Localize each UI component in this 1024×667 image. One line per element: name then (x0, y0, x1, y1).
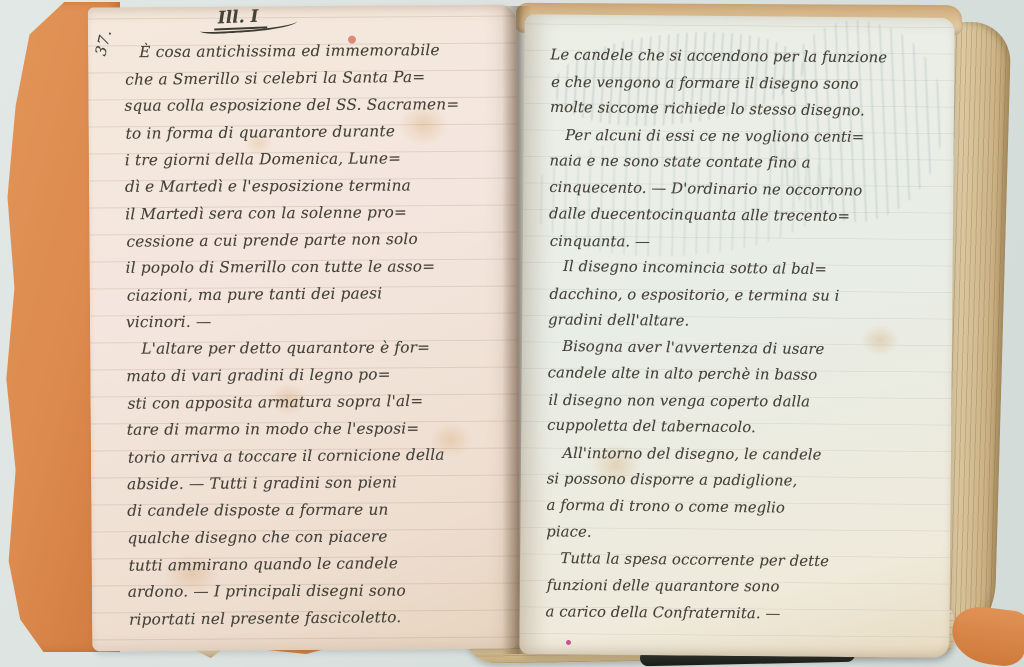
cover-fragment-bottom-right (949, 604, 1024, 667)
handwritten-line: squa colla esposizione del SS. Sacramen= (124, 91, 502, 120)
handwritten-line: cuppoletta del tabernacolo. (547, 413, 935, 444)
handwritten-line: Bisogna aver l'avvertenza di usare (548, 333, 936, 364)
handwritten-line: e che vengono a formare il disegno sono (551, 69, 939, 98)
handwritten-line: mato di vari gradini di legno po= (126, 361, 504, 391)
handwritten-line: Le candele che si accendono per la funzi… (550, 42, 938, 72)
handwritten-line: piace. (546, 519, 934, 549)
handwritten-line: Tutta la spesa occorrente per dette (546, 545, 934, 576)
left-page: 37. Ill. I È cosa antichissima ed immemo… (88, 5, 520, 652)
handwritten-line: cessione a cui prende parte non solo (126, 225, 504, 256)
handwritten-text-left: È cosa antichissima ed immemorabileche a… (88, 37, 520, 634)
handwritten-line: cinquanta. — (550, 228, 938, 257)
handwritten-line: dacchino, o espositorio, e termina su i (549, 281, 937, 310)
handwritten-line: di candele disposte a formare un (127, 496, 505, 525)
handwritten-line: L'altare per detto quarantore è for= (126, 334, 504, 363)
handwritten-line: il popolo di Smerillo con tutte le asso= (126, 253, 504, 282)
handwritten-line: naia e ne sono state contate fino a (549, 148, 937, 178)
handwritten-line: a forma di trono o come meglio (546, 492, 934, 523)
handwritten-line: Per alcuni di essi ce ne vogliono centi= (551, 122, 939, 151)
handwritten-line: ciazioni, ma pure tanti dei paesi (127, 279, 505, 310)
handwritten-line: torio arriva a toccare il cornicione del… (128, 441, 506, 472)
handwritten-line: il Martedì sera con la solenne pro= (125, 199, 503, 229)
handwritten-line: si possono disporre a padiglione, (547, 466, 935, 496)
open-notebook-photo: 37. Ill. I È cosa antichissima ed immemo… (0, 0, 1024, 667)
handwritten-text-right: Le candele che si accendono per la funzi… (519, 42, 954, 629)
handwritten-line: ardono. — I principali disegni sono (128, 577, 506, 606)
handwritten-line: gradini dell'altare. (548, 307, 936, 337)
handwritten-line: tutti ammirano quando le candele (129, 549, 507, 580)
handwritten-line: che a Smerillo si celebri la Santa Pa= (125, 63, 503, 94)
handwritten-line: to in forma di quarantore durante (126, 117, 504, 148)
handwritten-line: il disegno non venga coperto dalla (548, 387, 936, 416)
handwritten-line: abside. — Tutti i gradini son pieni (127, 469, 505, 499)
handwritten-line: tare di marmo in modo che l'esposi= (127, 415, 505, 444)
handwritten-line: È cosa antichissima ed immemorabile (124, 37, 502, 67)
handwritten-line: molte siccome richiede lo stesso disegno… (550, 95, 938, 126)
handwritten-line: vicinori. — (126, 307, 504, 337)
right-page: Le candele che si accendono per la funzi… (519, 14, 955, 658)
handwritten-line: riportati nel presente fascicoletto. (129, 603, 507, 634)
pink-speck (566, 640, 571, 645)
handwritten-line: sti con apposita armatura sopra l'al= (127, 387, 505, 418)
handwritten-line: i tre giorni della Domenica, Lune= (125, 145, 503, 175)
handwritten-line: candele alte in alto perchè in basso (548, 360, 936, 390)
handwritten-line: a carico della Confraternita. — (545, 599, 933, 629)
handwritten-line: Il disegno incomincia sotto al bal= (548, 254, 936, 285)
handwritten-line: cinquecento. — D'ordinario ne occorrono (549, 174, 937, 205)
handwritten-line: dalle duecentocinquanta alle trecento= (549, 201, 937, 231)
section-heading: Ill. I (213, 6, 267, 30)
handwritten-line: funzioni delle quarantore sono (547, 573, 935, 602)
handwritten-line: dì e Martedì e l'esposizione termina (125, 172, 503, 201)
handwritten-line: qualche disegno che con piacere (127, 523, 505, 553)
handwritten-line: All'intorno del disegno, le candele (548, 440, 936, 469)
